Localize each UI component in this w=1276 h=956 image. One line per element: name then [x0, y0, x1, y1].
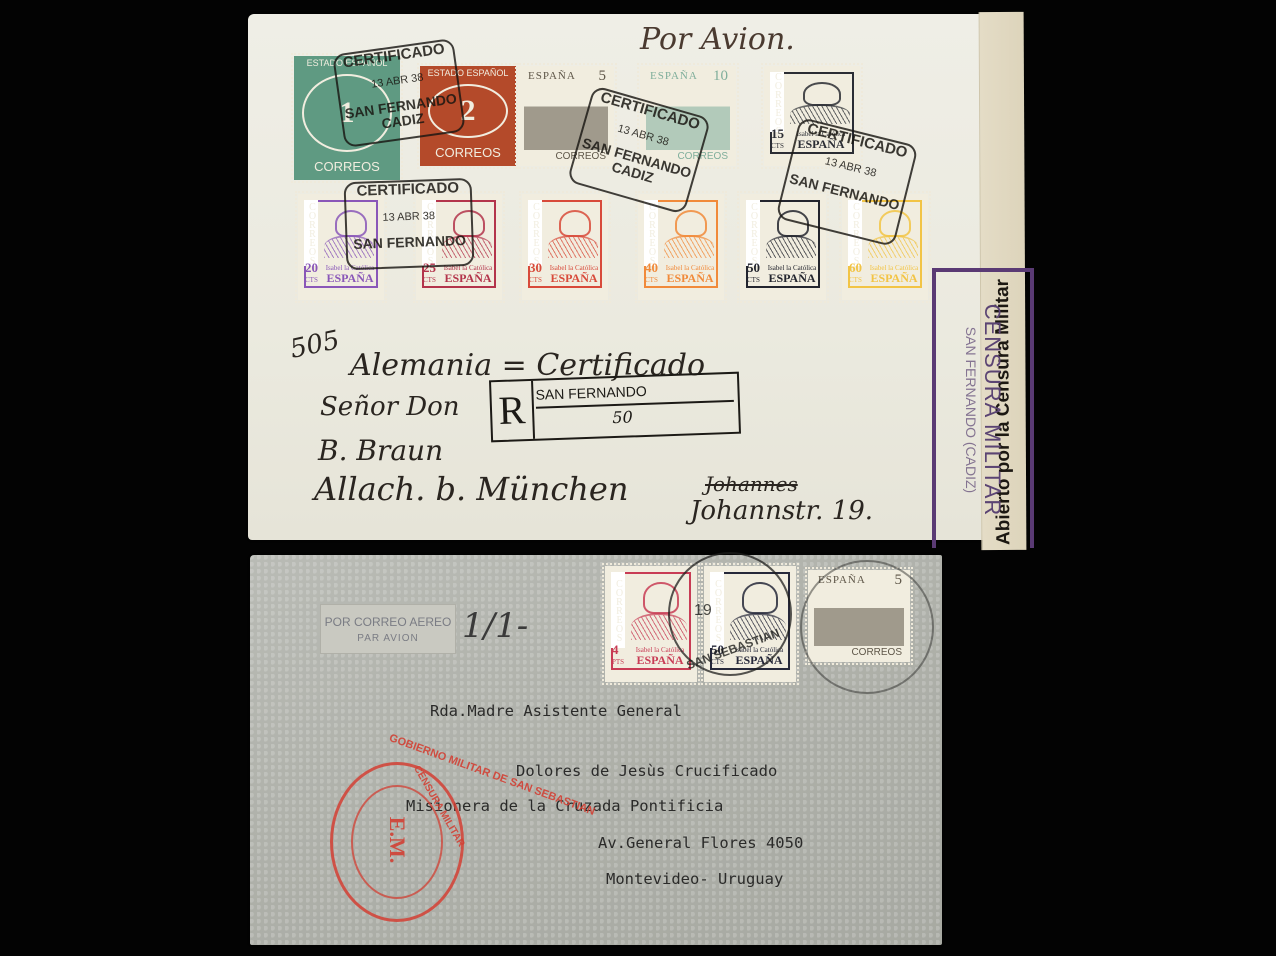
address-struck-word: Johannes [705, 472, 798, 496]
round-postmark-secondary [800, 560, 934, 694]
round-postmark: SAN SEBASTIAN 19 [668, 552, 792, 676]
recipient-line-1: Rda.Madre Asistente General [430, 702, 682, 720]
airmail-note: Por Avion. [640, 22, 795, 57]
address-line-salutation: Señor Don [320, 392, 460, 422]
registered-postmark: CERTIFICADO 13 ABR 38 SAN FERNANDO [344, 178, 475, 270]
postage-stamp-30-cts: CORREOSIsabel la Católica30CTSESPAÑA [522, 194, 608, 300]
registration-town: SAN FERNANDO [535, 376, 734, 409]
registration-label: R SAN FERNANDO 50 [489, 372, 741, 443]
censor-seal-red: GOBIERNO MILITAR DE SAN SEBASTIAN CENSUR… [330, 762, 464, 922]
military-censor-mark: CENSURA MILITAR SAN FERNANDO (CADIZ) [932, 268, 1034, 548]
registration-letter: R [491, 381, 535, 440]
recipient-line-4: Av.General Flores 4050 [598, 834, 803, 852]
recipient-line-5: Montevideo- Uruguay [606, 870, 783, 888]
address-line-name: B. Braun [318, 434, 443, 467]
rate-note: 1/1- [462, 606, 528, 646]
airmail-label: POR CORREO AEREO PAR AVION [320, 604, 456, 654]
address-line-city: Allach. b. München [314, 470, 628, 508]
recipient-line-2: Dolores de Jesùs Crucificado [516, 762, 777, 780]
registered-postmark: CERTIFICADO 13 ABR 38 SAN FERNANDO CADIZ [332, 38, 466, 148]
registration-number: 50 [612, 407, 633, 427]
address-line-street: Johannstr. 19. [690, 496, 873, 526]
